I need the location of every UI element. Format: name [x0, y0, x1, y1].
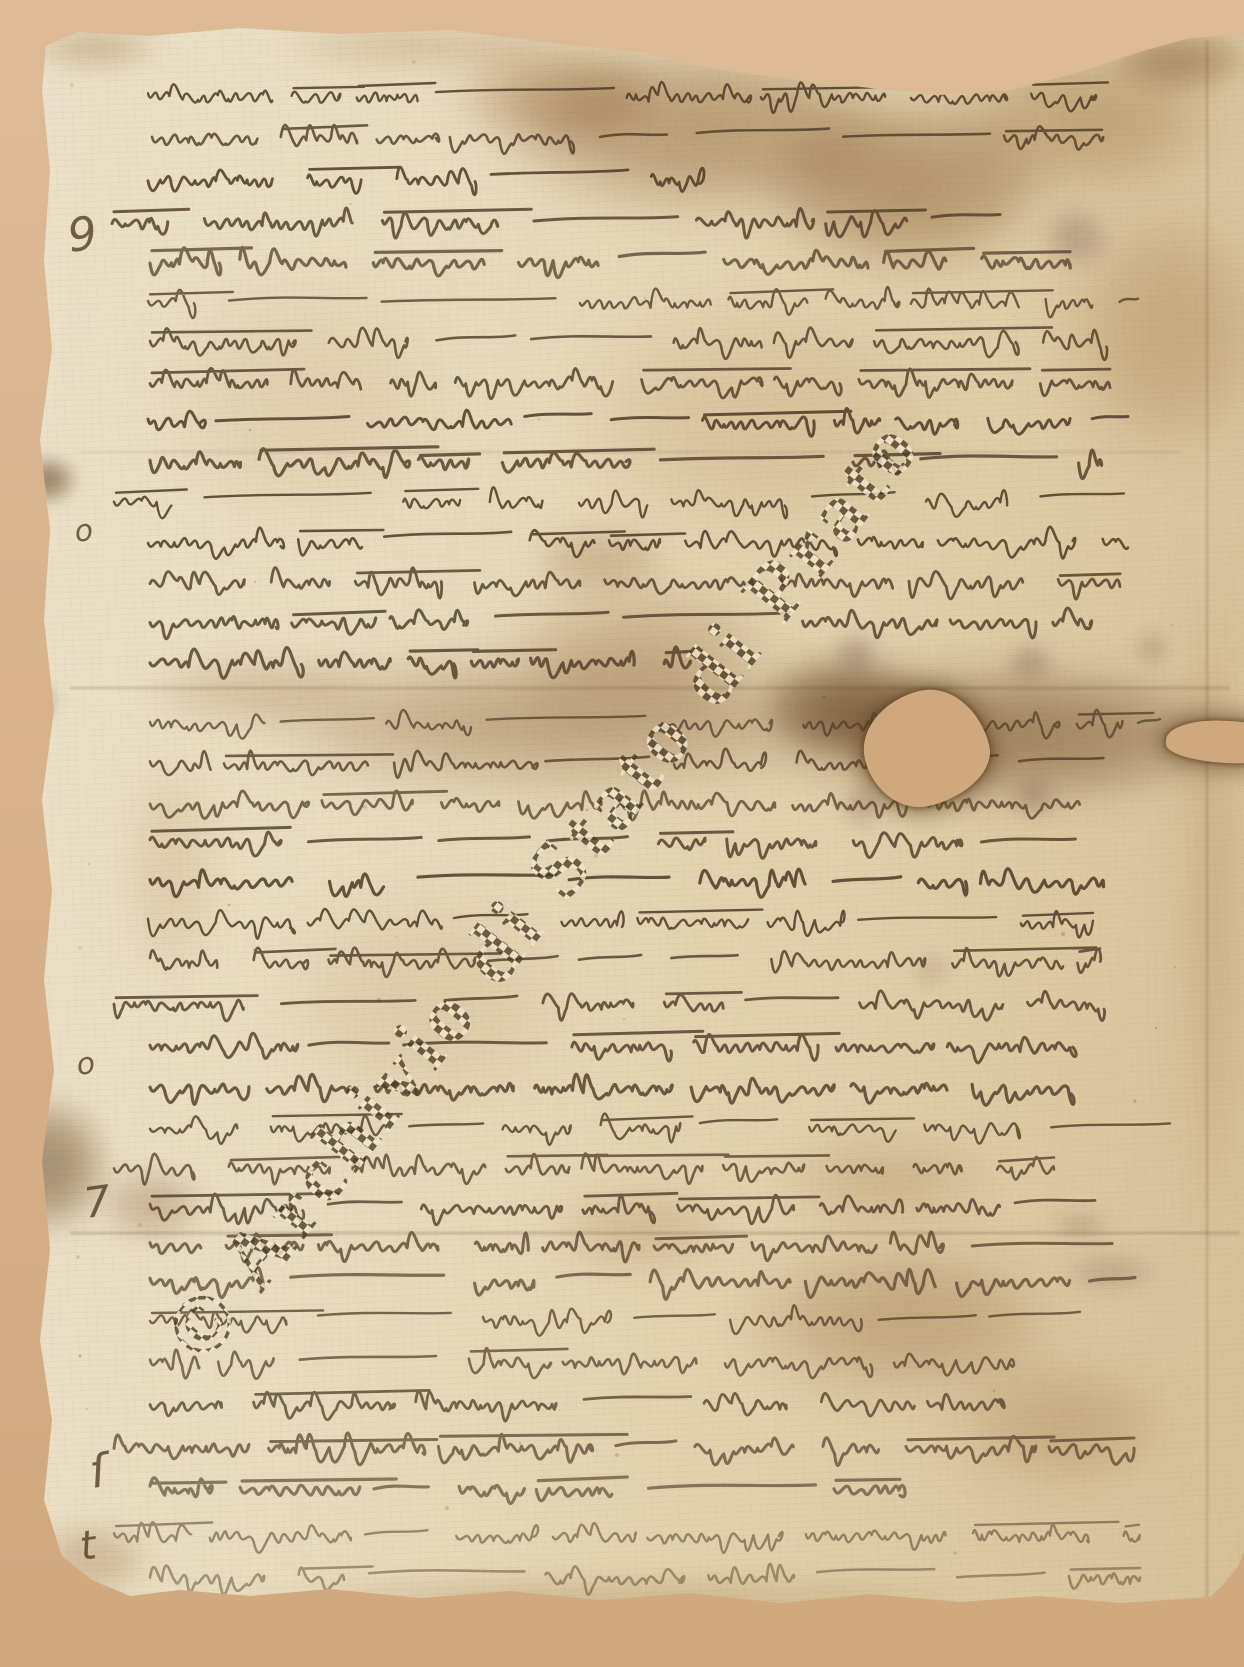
- manuscript-page: 9oo7ſt © Archivio di Stato di Prato: [0, 0, 1244, 1667]
- scanner-background: 9oo7ſt © Archivio di Stato di Prato: [0, 0, 1244, 1667]
- paper-texture: [0, 0, 1244, 1667]
